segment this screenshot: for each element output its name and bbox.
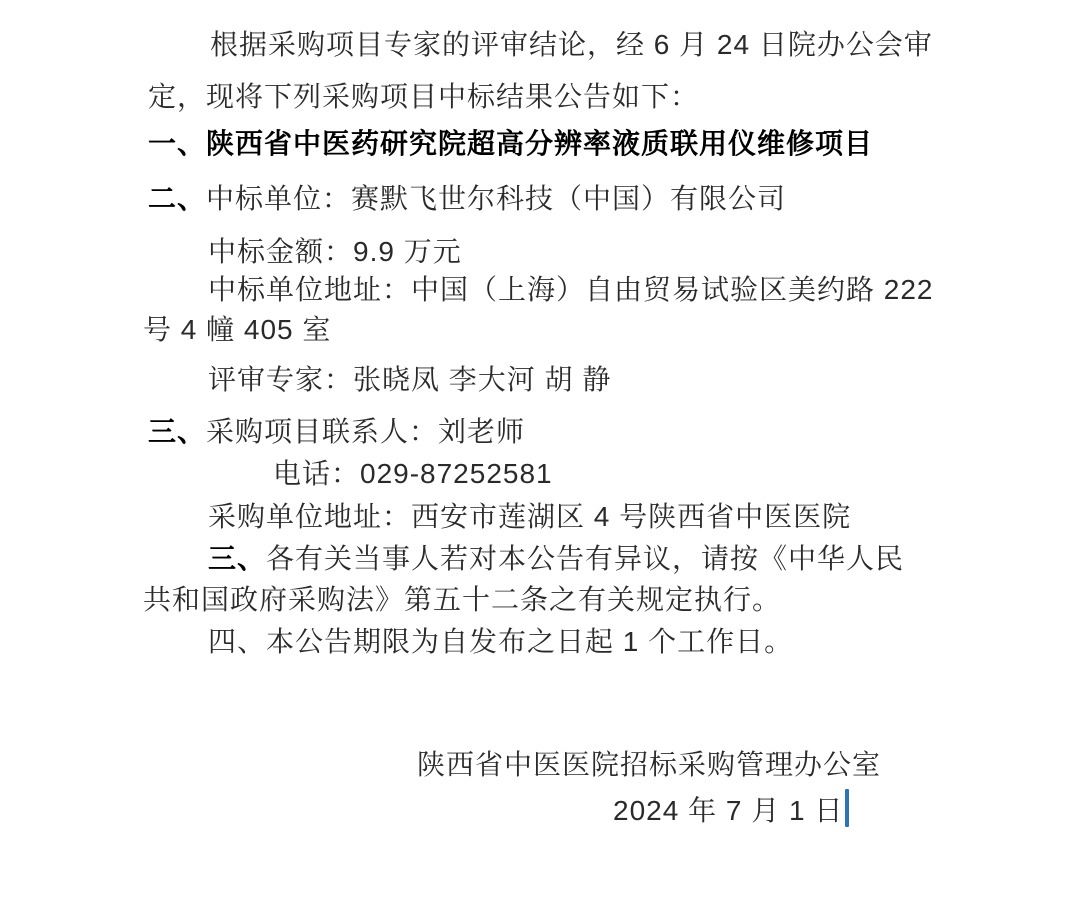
line-text: 中标金额：9.9 万元 <box>208 236 462 267</box>
review-experts-line[interactable]: 评审专家：张晓凤 李大河 胡 静 <box>208 362 611 397</box>
line-text: 采购单位地址：西安市莲湖区 4 号陕西省中医医院 <box>208 501 851 532</box>
signature-org-line[interactable]: 陕西省中医医院招标采购管理办公室 <box>417 747 881 782</box>
winner-line[interactable]: 二、中标单位：赛默飞世尔科技（中国）有限公司 <box>148 181 786 216</box>
list-marker: 三、 <box>208 543 266 574</box>
list-marker: 二、 <box>148 183 206 214</box>
award-amount-line[interactable]: 中标金额：9.9 万元 <box>208 234 462 269</box>
line-text: 陕西省中医药研究院超高分辨率液质联用仪维修项目 <box>206 128 873 159</box>
line-text: 2024 年 7 月 1 日 <box>613 795 843 826</box>
contact-person-line[interactable]: 三、采购项目联系人：刘老师 <box>148 414 525 449</box>
objection-clause-line-2[interactable]: 共和国政府采购法》第五十二条之有关规定执行。 <box>143 582 781 617</box>
line-text: 中标单位：赛默飞世尔科技（中国）有限公司 <box>206 183 786 214</box>
line-text: 电话：029-87252581 <box>273 458 553 489</box>
line-text: 陕西省中医医院招标采购管理办公室 <box>417 749 881 780</box>
line-text: 根据采购项目专家的评审结论，经 6 月 24 日院办公会审 <box>210 29 933 60</box>
list-marker: 一、 <box>148 128 206 159</box>
line-text: 各有关当事人若对本公告有异议，请按《中华人民 <box>266 543 904 574</box>
winner-address-line-1[interactable]: 中标单位地址：中国（上海）自由贸易试验区美约路 222 <box>208 272 934 307</box>
list-marker: 三、 <box>148 416 206 447</box>
line-text: 四、本公告期限为自发布之日起 1 个工作日。 <box>208 626 793 657</box>
intro-line-2[interactable]: 定，现将下列采购项目中标结果公告如下： <box>148 79 699 114</box>
intro-line-1[interactable]: 根据采购项目专家的评审结论，经 6 月 24 日院办公会审 <box>210 27 933 62</box>
contact-phone-line[interactable]: 电话：029-87252581 <box>273 456 553 491</box>
document-page[interactable]: 根据采购项目专家的评审结论，经 6 月 24 日院办公会审 定，现将下列采购项目… <box>0 0 1080 924</box>
objection-clause-line-1[interactable]: 三、各有关当事人若对本公告有异议，请按《中华人民 <box>208 541 904 576</box>
line-text: 定，现将下列采购项目中标结果公告如下： <box>148 81 699 112</box>
winner-address-line-2[interactable]: 号 4 幢 405 室 <box>143 312 331 347</box>
signature-date-line[interactable]: 2024 年 7 月 1 日 <box>613 789 849 828</box>
text-cursor-caret <box>845 789 849 827</box>
line-text: 共和国政府采购法》第五十二条之有关规定执行。 <box>143 584 781 615</box>
purchaser-address-line[interactable]: 采购单位地址：西安市莲湖区 4 号陕西省中医医院 <box>208 499 851 534</box>
validity-period-line[interactable]: 四、本公告期限为自发布之日起 1 个工作日。 <box>208 624 793 659</box>
line-text: 评审专家：张晓凤 李大河 胡 静 <box>208 364 611 395</box>
line-text: 号 4 幢 405 室 <box>143 314 331 345</box>
line-text: 中标单位地址：中国（上海）自由贸易试验区美约路 222 <box>208 274 934 305</box>
line-text: 采购项目联系人：刘老师 <box>206 416 525 447</box>
project-title-line[interactable]: 一、陕西省中医药研究院超高分辨率液质联用仪维修项目 <box>148 126 873 161</box>
